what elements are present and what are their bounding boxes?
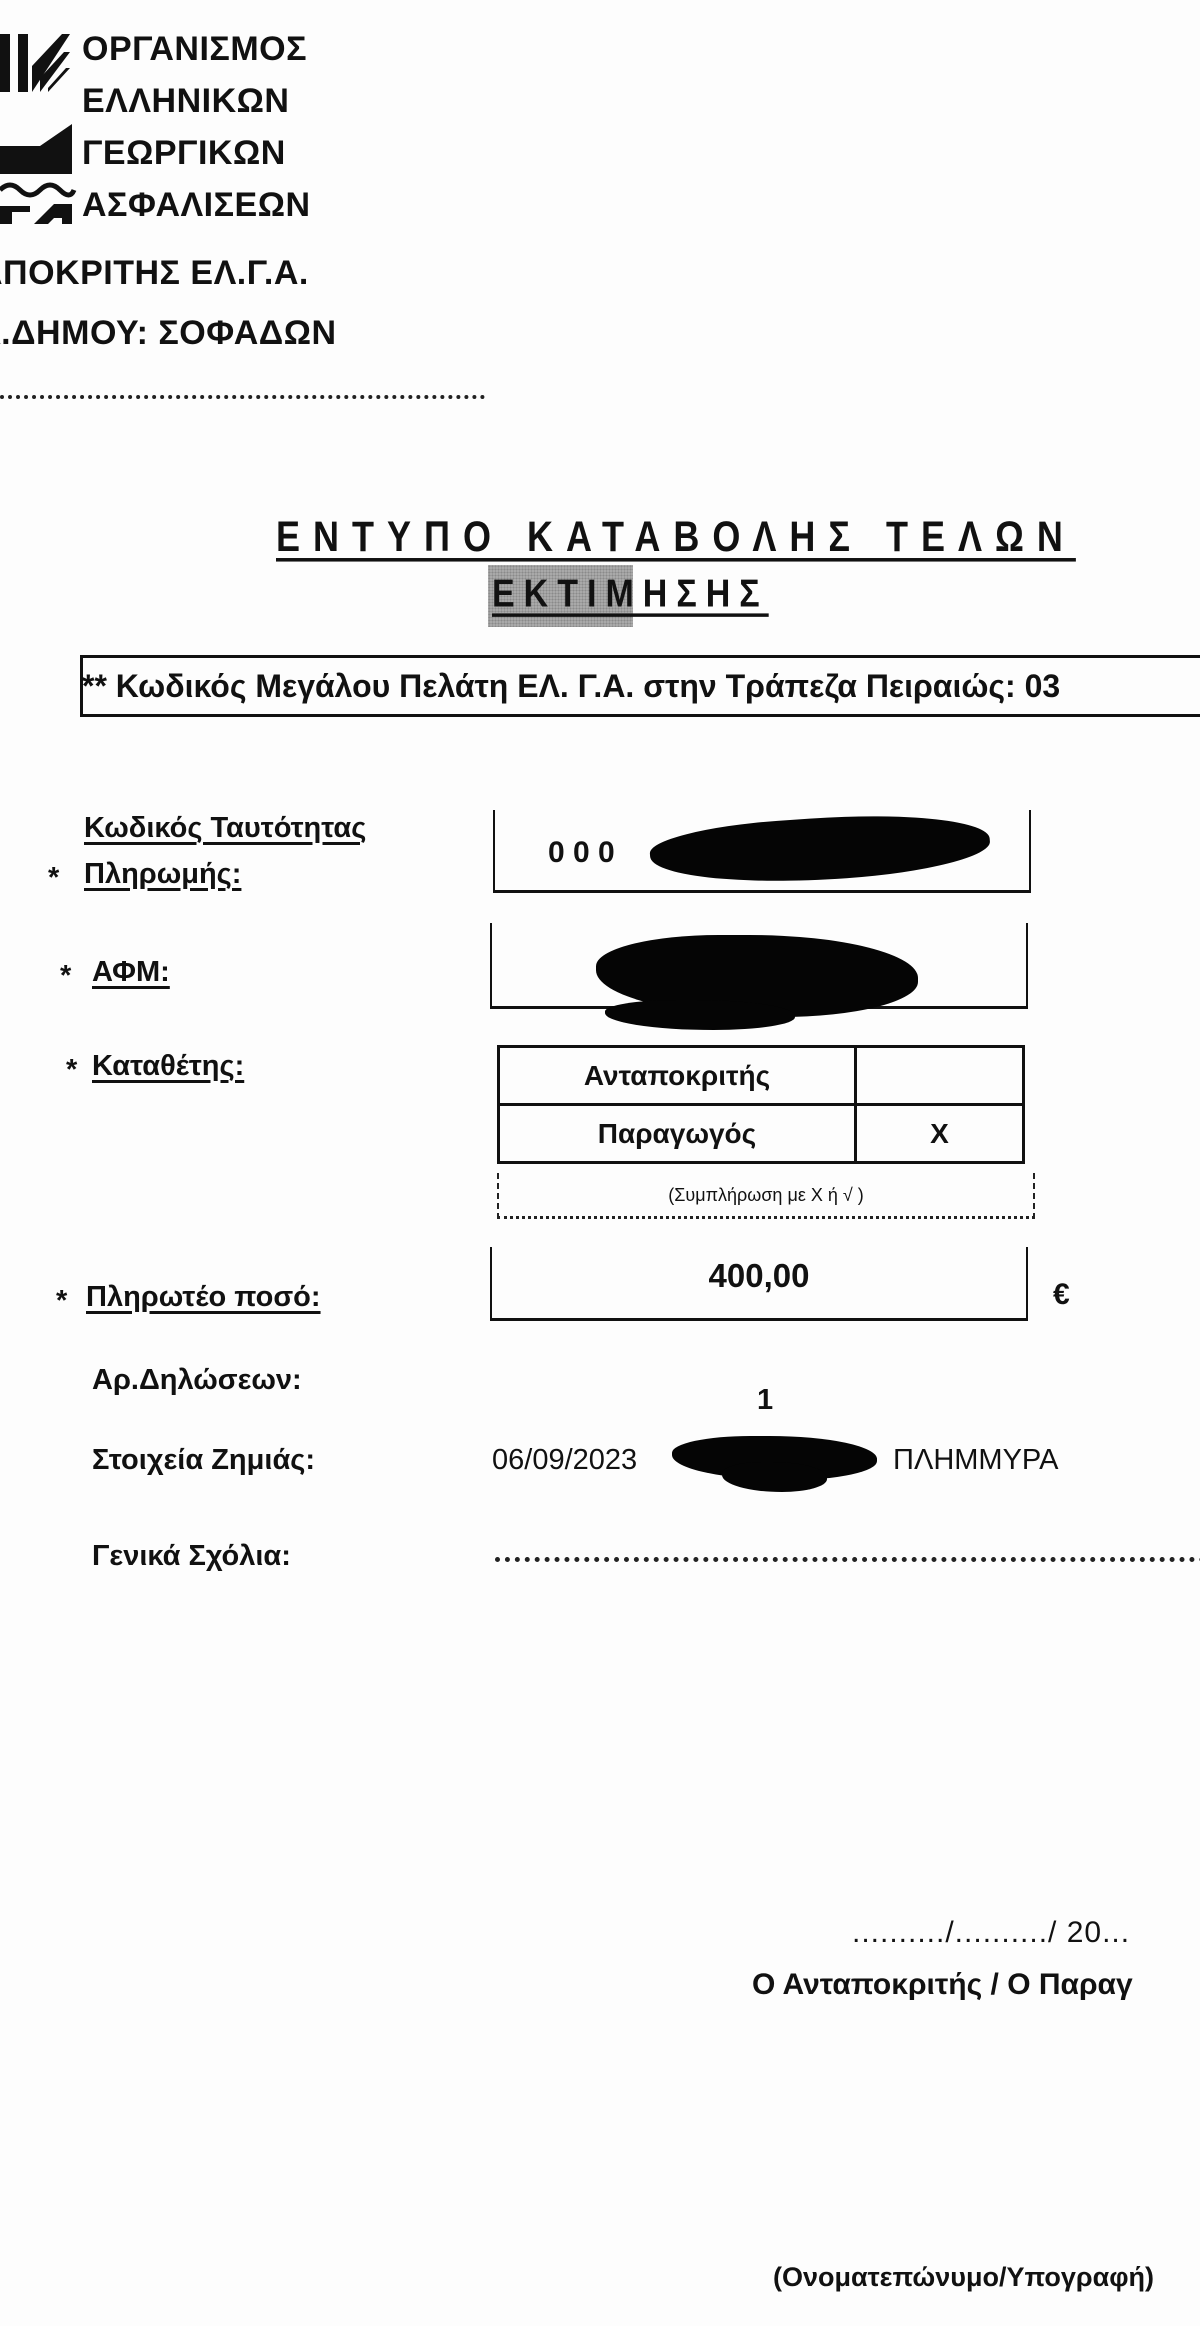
amount-field[interactable]: 400,00: [490, 1247, 1028, 1321]
depositor-mark-cell[interactable]: X: [856, 1105, 1024, 1163]
header-divider: [0, 395, 485, 399]
org-name-line-1: ΟΡΓΑΝΙΣΜΟΣ: [82, 32, 307, 66]
required-mark: *: [48, 862, 59, 895]
org-name-line-2: ΕΛΛΗΝΙΚΩΝ: [82, 84, 289, 118]
municipality-line: Λ.ΔΗΜΟΥ: ΣΟΦΑΔΩΝ: [0, 316, 337, 350]
signer-label: Ο Ανταποκριτής / Ο Παραγ: [752, 1968, 1133, 2002]
comments-field[interactable]: [495, 1557, 1200, 1562]
depositor-note: (Συμπλήρωση με Χ ή √ ): [497, 1173, 1035, 1219]
elga-logo-icon: [0, 28, 80, 224]
damage-cause: ΠΛΗΜΜΥΡΑ: [893, 1444, 1058, 1477]
depositor-label: Καταθέτης:: [92, 1050, 244, 1083]
name-signature-note: (Ονοματεπώνυμο/Υπογραφή): [773, 2262, 1154, 2293]
required-mark: *: [56, 1285, 67, 1318]
correspondent-line: ΑΠΟΚΡΙΤΗΣ ΕΛ.Γ.Α.: [0, 256, 309, 290]
comments-label: Γενικά Σχόλια:: [92, 1540, 291, 1573]
redaction-mark: [605, 1000, 795, 1030]
required-mark: *: [60, 960, 71, 993]
depositor-table: Ανταποκριτής Παραγωγός X: [497, 1045, 1025, 1164]
depositor-role: Ανταποκριτής: [499, 1047, 856, 1105]
payment-id-label-line1: Κωδικός Ταυτότητας: [84, 812, 366, 845]
declarations-label: Αρ.Δηλώσεων:: [92, 1364, 302, 1397]
damage-date: 06/09/2023: [492, 1444, 637, 1477]
depositor-mark-cell[interactable]: [856, 1047, 1024, 1105]
depositor-option-producer: Παραγωγός X: [499, 1105, 1024, 1163]
amount-value: 400,00: [492, 1257, 1026, 1295]
bank-code-notice: ** Κωδικός Μεγάλου Πελάτη ΕΛ. Γ.Α. στην …: [82, 668, 1060, 705]
damage-details-label: Στοιχεία Ζημιάς:: [92, 1444, 315, 1477]
payment-id-visible-prefix: 0 0 0: [548, 836, 615, 870]
form-title: ΕΝΤΥΠΟ ΚΑΤΑΒΟΛΗΣ ΤΕΛΩΝ: [276, 512, 1066, 562]
redaction-mark: [722, 1462, 827, 1492]
required-mark: *: [66, 1054, 77, 1087]
afm-label: ΑΦΜ:: [92, 956, 170, 989]
depositor-option-correspondent: Ανταποκριτής: [499, 1047, 1024, 1105]
amount-label: Πληρωτέο ποσό:: [86, 1281, 321, 1314]
currency-symbol: €: [1053, 1278, 1070, 1312]
signature-date-placeholder: ........../........../ 20...: [852, 1916, 1130, 1950]
org-name-line-4: ΑΣΦΑΛΙΣΕΩΝ: [82, 188, 311, 222]
payment-id-label-line2: Πληρωμής:: [84, 858, 241, 891]
declarations-value: 1: [757, 1384, 773, 1417]
form-subtitle: ΕΚΤΙΜΗΣΗΣ: [492, 572, 769, 617]
depositor-role: Παραγωγός: [499, 1105, 856, 1163]
org-name-line-3: ΓΕΩΡΓΙΚΩΝ: [82, 136, 286, 170]
